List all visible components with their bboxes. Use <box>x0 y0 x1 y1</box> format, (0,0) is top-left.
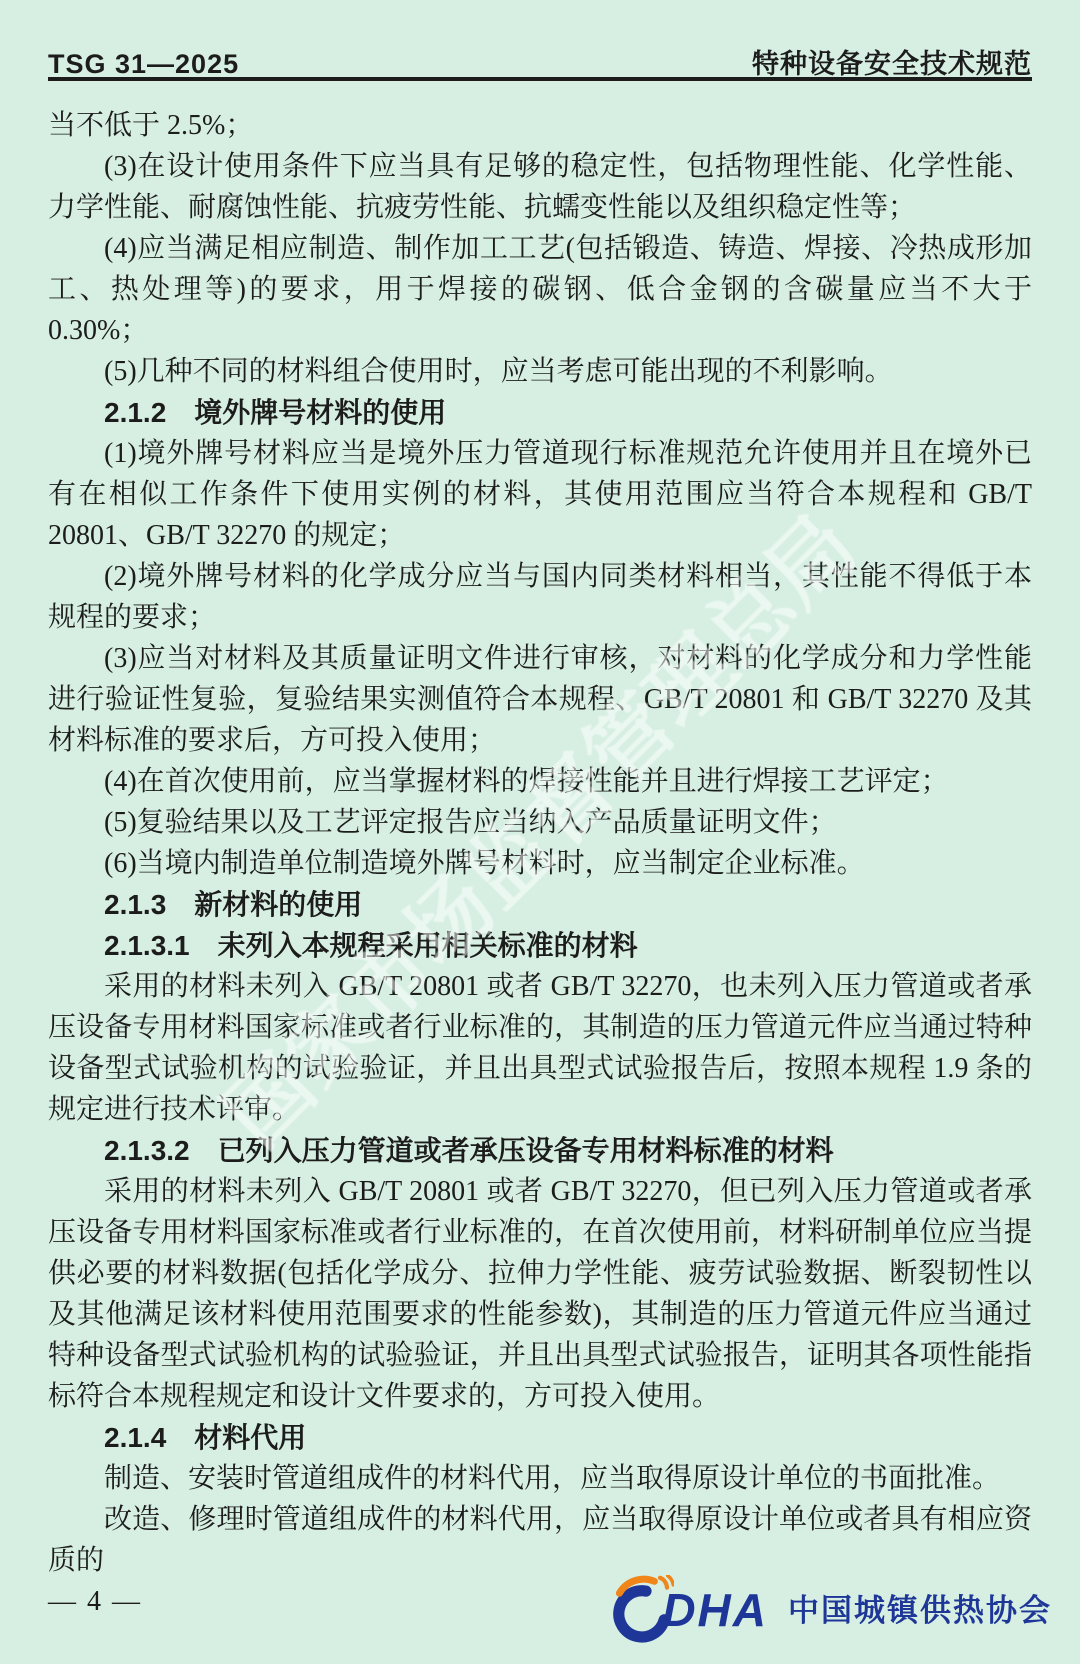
page-header: TSG 31—2025 特种设备安全技术规范 <box>48 42 1032 81</box>
header-rule <box>48 77 1032 81</box>
section-heading: 2.1.3 新材料的使用 <box>48 884 1032 925</box>
paragraph: (1)境外牌号材料应当是境外压力管道现行标准规范允许使用并且在境外已有在相似工作… <box>48 433 1032 556</box>
paragraph: (3)在设计使用条件下应当具有足够的稳定性，包括物理性能、化学性能、力学性能、耐… <box>48 146 1032 228</box>
page-number: — 4 — <box>48 1586 142 1618</box>
paragraph: 制造、安装时管道组成件的材料代用，应当取得原设计单位的书面批准。 <box>48 1458 1032 1499</box>
section-heading: 2.1.3.1 未列入本规程采用相关标准的材料 <box>48 925 1032 966</box>
paragraph: (5)复验结果以及工艺评定报告应当纳入产品质量证明文件； <box>48 802 1032 843</box>
paragraph: 改造、修理时管道组成件的材料代用，应当取得原设计单位或者具有相应资质的 <box>48 1499 1032 1581</box>
section-heading: 2.1.4 材料代用 <box>48 1417 1032 1458</box>
document-page: TSG 31—2025 特种设备安全技术规范 当不低于 2.5%；(3)在设计使… <box>0 0 1080 1664</box>
paragraph: 当不低于 2.5%； <box>48 105 1032 146</box>
paragraph: (3)应当对材料及其质量证明文件进行审核，对材料的化学成分和力学性能进行验证性复… <box>48 638 1032 761</box>
paragraph: (4)应当满足相应制造、制作加工工艺(包括锻造、铸造、焊接、冷热成形加工、热处理… <box>48 228 1032 351</box>
paragraph: (4)在首次使用前，应当掌握材料的焊接性能并且进行焊接工艺评定； <box>48 761 1032 802</box>
section-heading: 2.1.3.2 已列入压力管道或者承压设备专用材料标准的材料 <box>48 1130 1032 1171</box>
paragraph: 采用的材料未列入 GB/T 20801 或者 GB/T 32270，也未列入压力… <box>48 966 1032 1130</box>
association-name: 中国城镇供热协会 <box>788 1595 1052 1626</box>
dha-logo-abbr: DHA <box>662 1587 768 1633</box>
document-body: 当不低于 2.5%；(3)在设计使用条件下应当具有足够的稳定性，包括物理性能、化… <box>48 105 1032 1581</box>
document-code: TSG 31—2025 <box>48 49 239 80</box>
section-heading: 2.1.2 境外牌号材料的使用 <box>48 392 1032 433</box>
paragraph: (6)当境内制造单位制造境外牌号材料时，应当制定企业标准。 <box>48 843 1032 884</box>
paragraph: (5)几种不同的材料组合使用时，应当考虑可能出现的不利影响。 <box>48 351 1032 392</box>
association-logo: DHA 中国城镇供热协会 <box>604 1576 1052 1644</box>
document-category-title: 特种设备安全技术规范 <box>752 42 1032 81</box>
paragraph: (2)境外牌号材料的化学成分应当与国内同类材料相当，其性能不得低于本规程的要求； <box>48 556 1032 638</box>
paragraph: 采用的材料未列入 GB/T 20801 或者 GB/T 32270，但已列入压力… <box>48 1171 1032 1417</box>
